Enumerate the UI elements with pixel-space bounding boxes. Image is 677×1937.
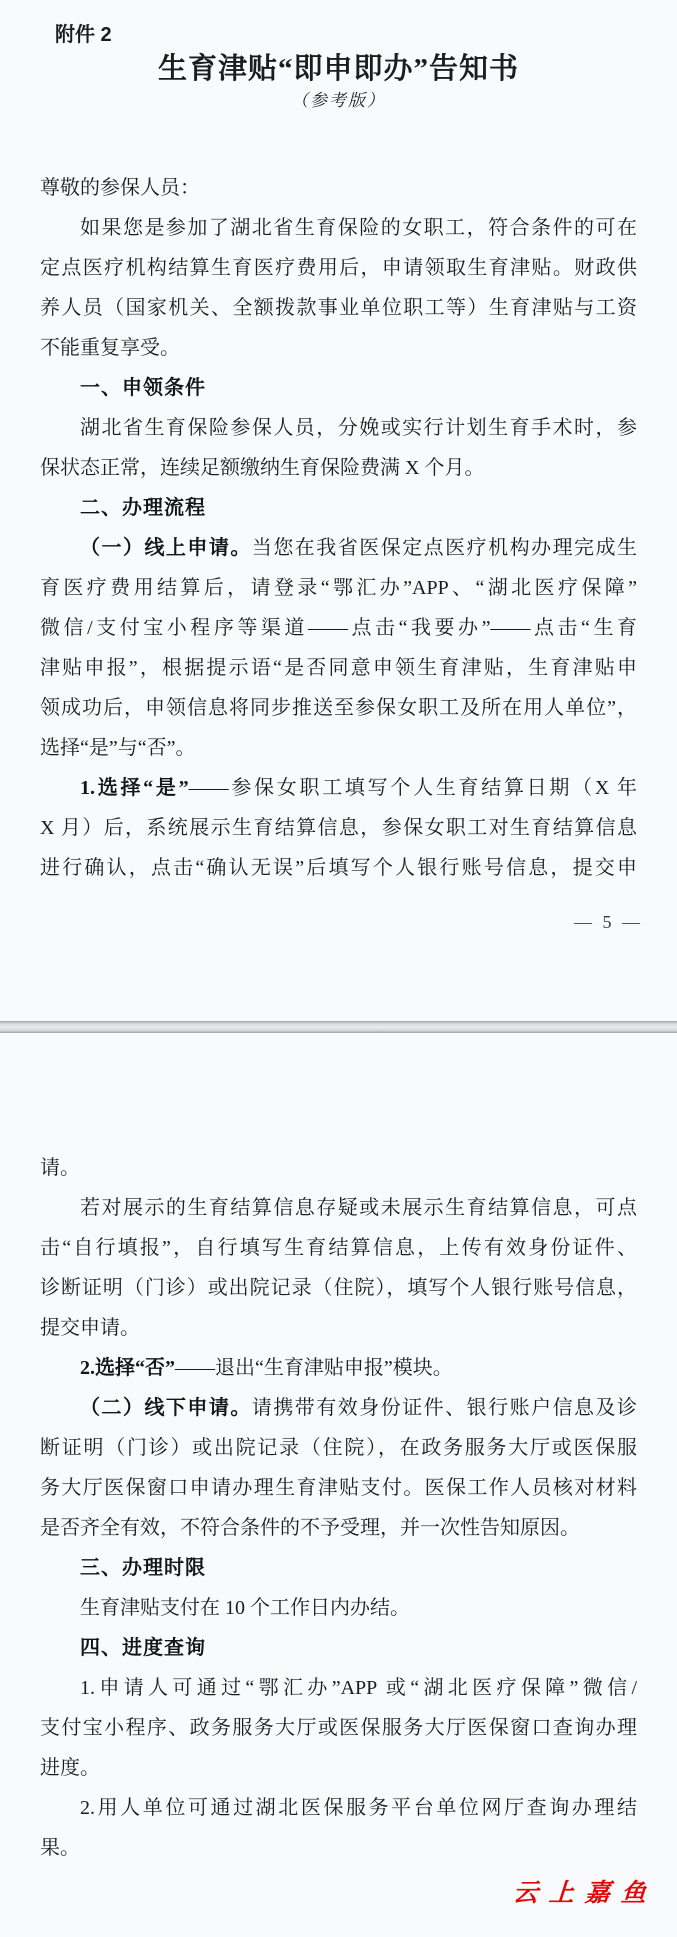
section-heading: 四、进度查询 (40, 1628, 637, 1668)
doc-line: 生育津贴支付在 10 个工作日内办结。 (40, 1588, 637, 1628)
text-run: 育医疗费用结算后，请登录“鄂汇办”APP、“湖北医疗保障” (40, 577, 637, 599)
text-run: 是否齐全有效，不符合条件的不予受理，并一次性告知原因。 (40, 1517, 580, 1539)
text-run: 进行确认，点击“确认无误”后填写个人银行账号信息，提交申 (40, 857, 637, 879)
doc-line: 如果您是参加了湖北省生育保险的女职工，符合条件的可在 (40, 208, 637, 248)
doc-line: （二）线下申请。请携带有效身份证件、银行账户信息及诊 (40, 1388, 637, 1428)
doc-line: 支付宝小程序、政务服务大厅或医保服务大厅医保窗口查询办理 (40, 1708, 637, 1748)
doc-line: 务大厅医保窗口申请办理生育津贴支付。医保工作人员核对材料 (40, 1468, 637, 1508)
text-run: 若对展示的生育结算信息存疑或未展示生育结算信息，可点 (80, 1197, 637, 1219)
text-run: 断证明（门诊）或出院记录（住院），在政务服务大厅或医保服 (40, 1437, 637, 1459)
doc-line: 津贴申报”，根据提示语“是否同意申领生育津贴，生育津贴申 (40, 648, 637, 688)
text-run: 定点医疗机构结算生育医疗费用后，申请领取生育津贴。财政供 (40, 257, 637, 279)
text-run: 保状态正常，连续足额缴纳生育保险费满 X 个月。 (40, 457, 484, 479)
text-run: 生育津贴支付在 10 个工作日内办结。 (80, 1597, 410, 1619)
doc-line: 果。 (40, 1828, 637, 1868)
text-run: 2.用人单位可通过湖北医保服务平台单位网厅查询办理结 (80, 1797, 637, 1819)
document-title: 生育津贴“即申即办”告知书 (0, 50, 677, 88)
doc-line: 湖北省生育保险参保人员，分娩或实行计划生育手术时，参 (40, 408, 637, 448)
doc-line: 诊断证明（门诊）或出院记录（住院），填写个人银行账号信息， (40, 1268, 637, 1308)
page1-body-text: 尊敬的参保人员：如果您是参加了湖北省生育保险的女职工，符合条件的可在定点医疗机构… (40, 168, 637, 888)
document-viewer: { "meta": { "background": "#f8fafb", "te… (0, 0, 677, 1937)
text-run: 请携带有效身份证件、银行账户信息及诊 (252, 1397, 637, 1419)
text-run: 1.申请人可通过“鄂汇办”APP 或“湖北医疗保障”微信/ (80, 1677, 637, 1699)
section-heading: 二、办理流程 (40, 488, 637, 528)
document-subtitle: （参考版） (0, 90, 677, 112)
attachment-label: 附件 2 (55, 22, 112, 48)
text-run: X 月）后，系统展示生育结算信息，参保女职工对生育结算信息 (40, 817, 637, 839)
doc-line: 请。 (40, 1148, 637, 1188)
doc-line: 击“自行填报”，自行填写生育结算信息，上传有效身份证件、 (40, 1228, 637, 1268)
text-run: 三、办理时限 (80, 1557, 206, 1579)
doc-line: 是否齐全有效，不符合条件的不予受理，并一次性告知原因。 (40, 1508, 637, 1548)
doc-line: 提交申请。 (40, 1308, 637, 1348)
text-run: 1.选择“是” (80, 777, 189, 799)
text-run: （一）线上申请。 (80, 537, 252, 559)
text-run: 尊敬的参保人员： (40, 177, 200, 199)
doc-line: 进度。 (40, 1748, 637, 1788)
doc-line: 不能重复享受。 (40, 328, 637, 368)
doc-line: 2.选择“否”——退出“生育津贴申报”模块。 (40, 1348, 637, 1388)
page-break-divider (0, 1021, 677, 1033)
doc-line: 若对展示的生育结算信息存疑或未展示生育结算信息，可点 (40, 1188, 637, 1228)
section-heading: 三、办理时限 (40, 1548, 637, 1588)
text-run: ——参保女职工填写个人生育结算日期（X 年 (189, 777, 637, 799)
text-run: （二）线下申请。 (80, 1397, 252, 1419)
doc-line: 1.选择“是”——参保女职工填写个人生育结算日期（X 年 (40, 768, 637, 808)
page2-body-text: 请。若对展示的生育结算信息存疑或未展示生育结算信息，可点击“自行填报”，自行填写… (40, 1148, 637, 1868)
text-run: 如果您是参加了湖北省生育保险的女职工，符合条件的可在 (80, 217, 637, 239)
text-run: 果。 (40, 1837, 80, 1859)
doc-line: 育医疗费用结算后，请登录“鄂汇办”APP、“湖北医疗保障” (40, 568, 637, 608)
text-run: 当您在我省医保定点医疗机构办理完成生 (252, 537, 637, 559)
doc-line: 1.申请人可通过“鄂汇办”APP 或“湖北医疗保障”微信/ (40, 1668, 637, 1708)
text-run: 领成功后，申领信息将同步推送至参保女职工及所在用人单位”， (40, 697, 637, 719)
text-run: ——退出“生育津贴申报”模块。 (175, 1357, 453, 1379)
text-run: 诊断证明（门诊）或出院记录（住院），填写个人银行账号信息， (40, 1277, 637, 1299)
text-run: 津贴申报”，根据提示语“是否同意申领生育津贴，生育津贴申 (40, 657, 637, 679)
doc-line: 断证明（门诊）或出院记录（住院），在政务服务大厅或医保服 (40, 1428, 637, 1468)
doc-line: X 月）后，系统展示生育结算信息，参保女职工对生育结算信息 (40, 808, 637, 848)
text-run: 湖北省生育保险参保人员，分娩或实行计划生育手术时，参 (80, 417, 637, 439)
text-run: 进度。 (40, 1757, 100, 1779)
text-run: 微信/支付宝小程序等渠道——点击“我要办”——点击“生育 (40, 617, 637, 639)
page-number: — 5 — (574, 908, 643, 936)
doc-line: 定点医疗机构结算生育医疗费用后，申请领取生育津贴。财政供 (40, 248, 637, 288)
doc-line: 养人员（国家机关、全额拨款事业单位职工等）生育津贴与工资 (40, 288, 637, 328)
doc-line: 2.用人单位可通过湖北医保服务平台单位网厅查询办理结 (40, 1788, 637, 1828)
doc-line: 领成功后，申领信息将同步推送至参保女职工及所在用人单位”， (40, 688, 637, 728)
doc-line: 保状态正常，连续足额缴纳生育保险费满 X 个月。 (40, 448, 637, 488)
doc-line: 进行确认，点击“确认无误”后填写个人银行账号信息，提交申 (40, 848, 637, 888)
section-heading: 一、申领条件 (40, 368, 637, 408)
text-run: 养人员（国家机关、全额拨款事业单位职工等）生育津贴与工资 (40, 297, 637, 319)
text-run: 支付宝小程序、政务服务大厅或医保服务大厅医保窗口查询办理 (40, 1717, 637, 1739)
text-run: 请。 (40, 1157, 80, 1179)
text-run: 务大厅医保窗口申请办理生育津贴支付。医保工作人员核对材料 (40, 1477, 637, 1499)
text-run: 2.选择“否” (80, 1357, 175, 1379)
text-run: 一、申领条件 (80, 377, 206, 399)
text-run: 选择“是”与“否”。 (40, 737, 196, 759)
red-watermark: 云上嘉鱼 (512, 1874, 659, 1912)
doc-line: 微信/支付宝小程序等渠道——点击“我要办”——点击“生育 (40, 608, 637, 648)
text-run: 不能重复享受。 (40, 337, 180, 359)
text-run: 击“自行填报”，自行填写生育结算信息，上传有效身份证件、 (40, 1237, 637, 1259)
doc-line: 选择“是”与“否”。 (40, 728, 637, 768)
text-run: 提交申请。 (40, 1317, 140, 1339)
text-run: 四、进度查询 (80, 1637, 206, 1659)
text-run: 二、办理流程 (80, 497, 206, 519)
doc-line: （一）线上申请。当您在我省医保定点医疗机构办理完成生 (40, 528, 637, 568)
doc-line: 尊敬的参保人员： (40, 168, 637, 208)
